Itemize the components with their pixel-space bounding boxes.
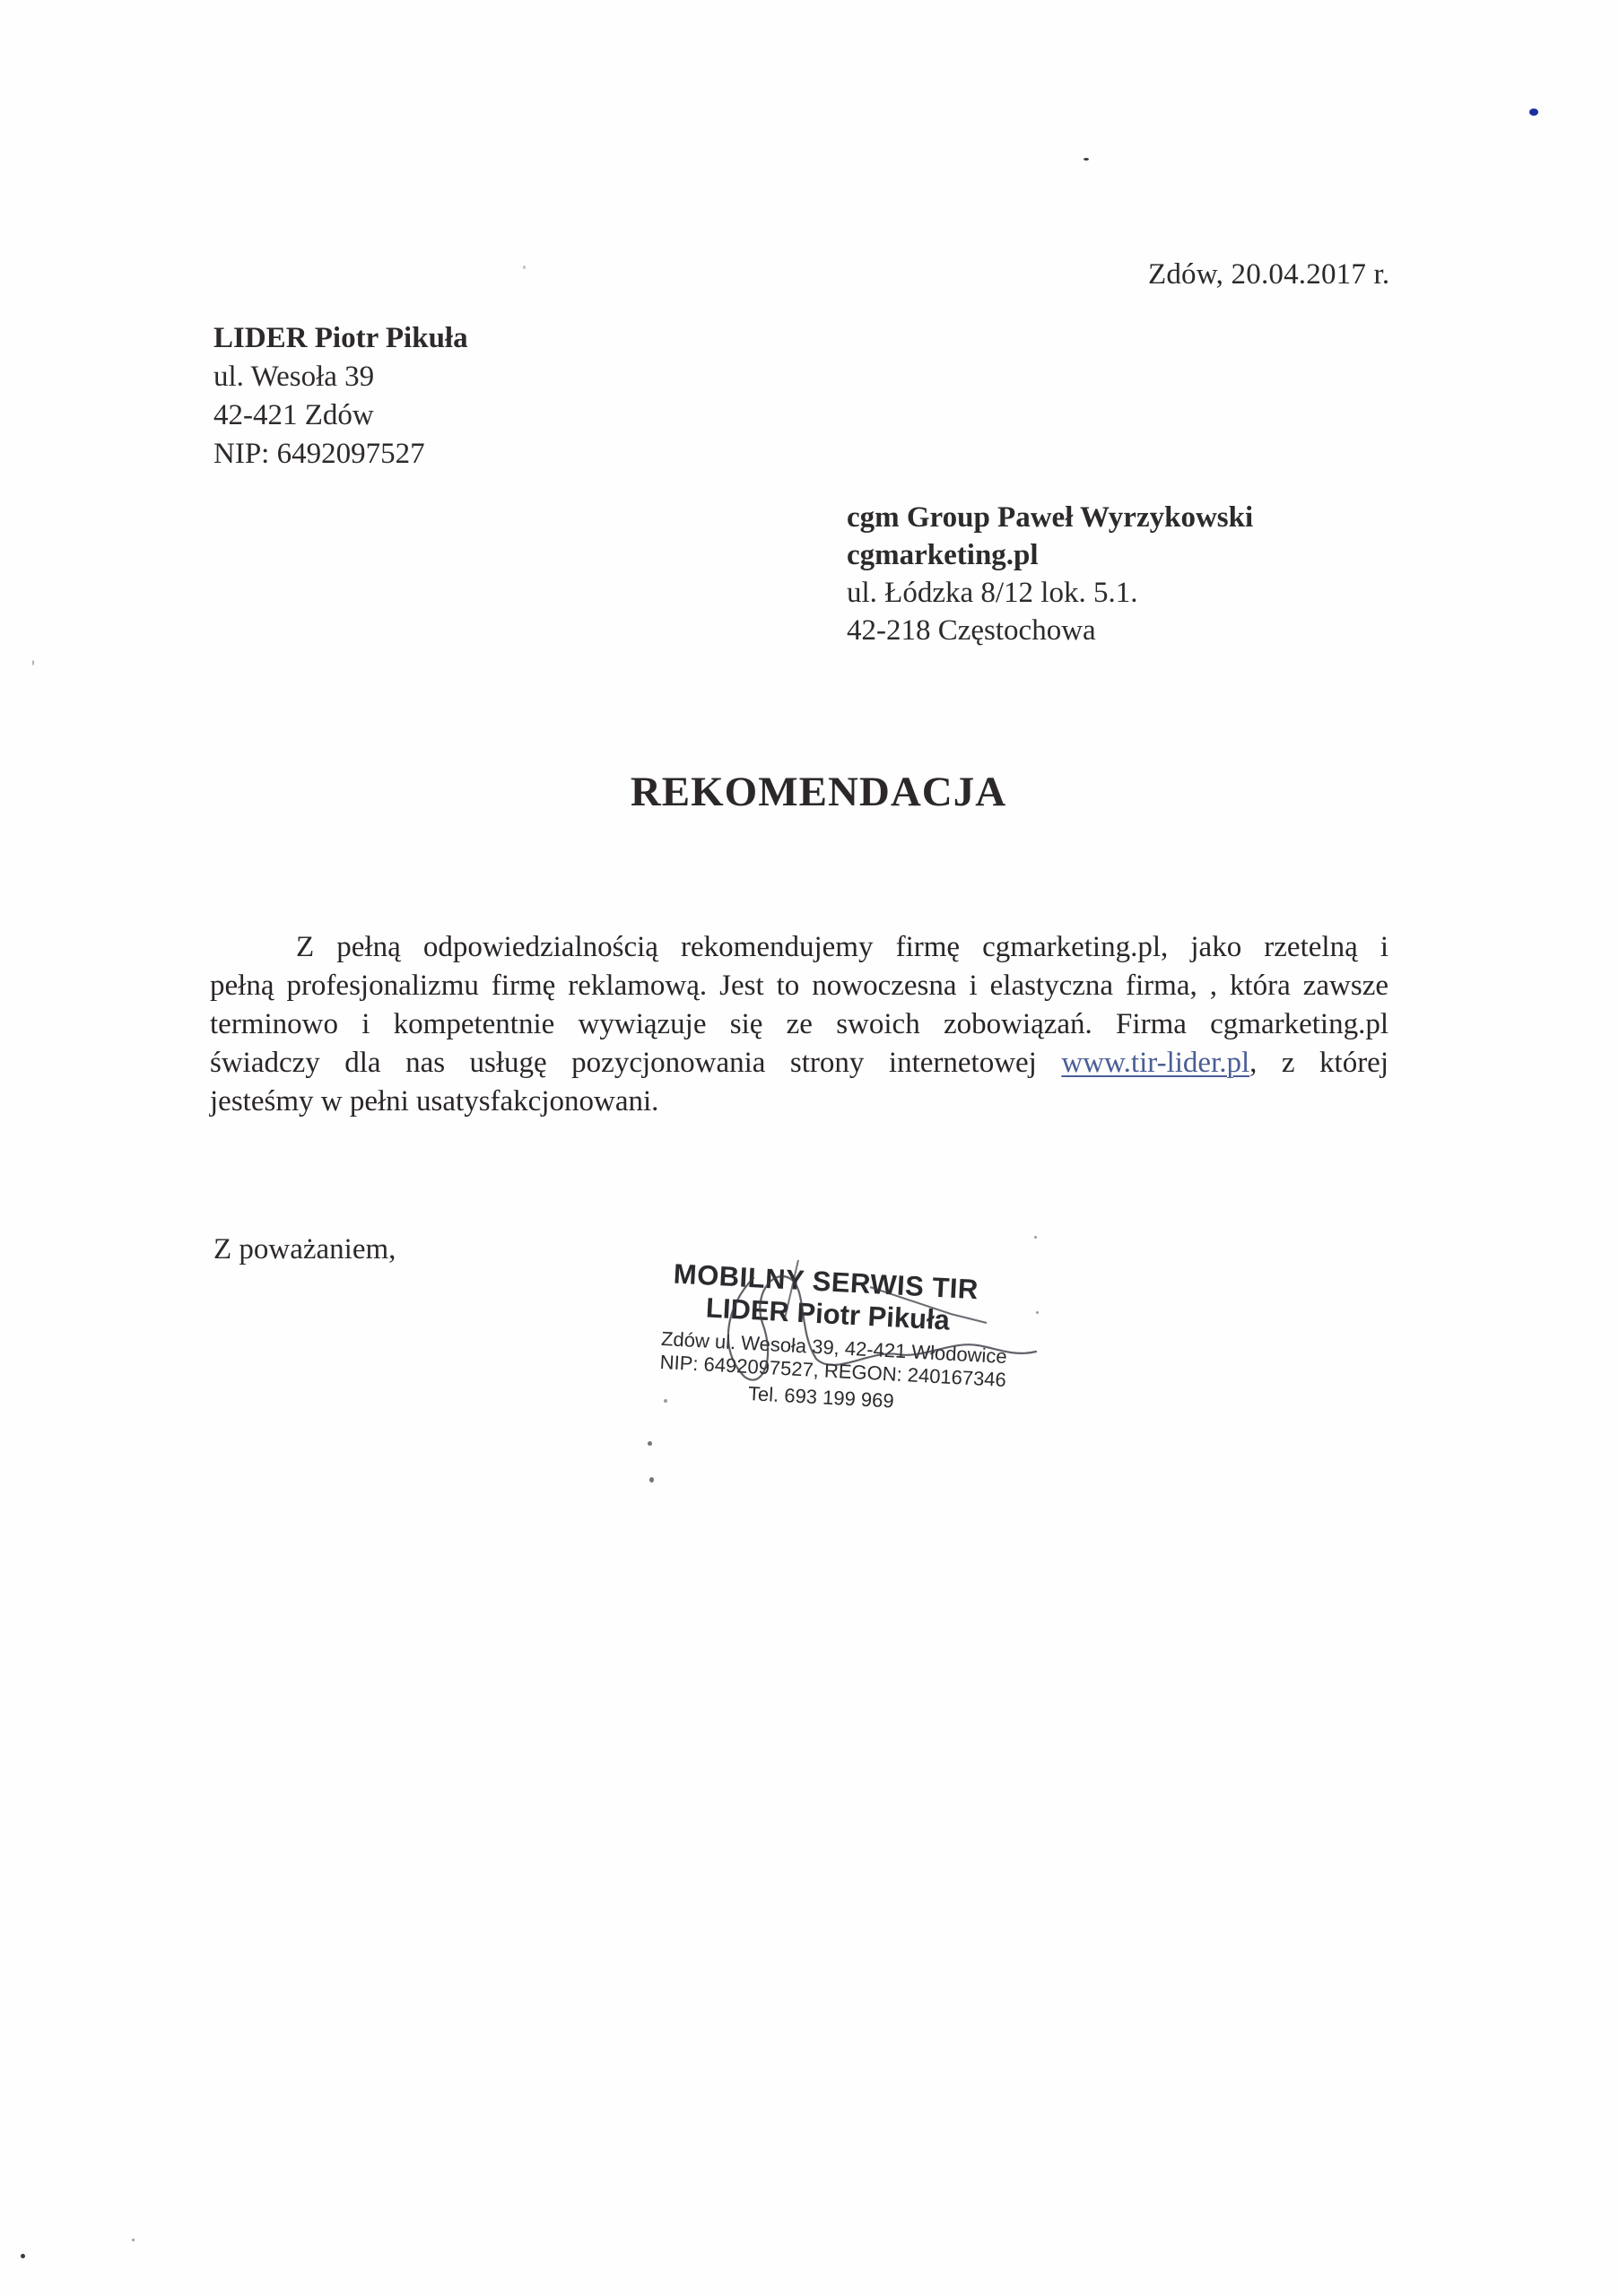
scanned-letter-page: Zdów, 20.04.2017 r. LIDER Piotr Pikuła u… (0, 0, 1619, 2296)
scan-speck (132, 2239, 135, 2241)
sender-postal-city: 42-421 Zdów (213, 396, 468, 435)
body-line-1: Z pełną odpowiedzialnością rekomendujemy… (210, 928, 1388, 967)
recipient-postal-city: 42-218 Częstochowa (847, 612, 1253, 649)
document-title: REKOMENDACJA (0, 768, 1619, 816)
scan-speck (1036, 1311, 1039, 1314)
sender-address-block: LIDER Piotr Pikuła ul. Wesoła 39 42-421 … (213, 319, 468, 474)
body-line-3: terminowo i kompetentnie wywiązuje się z… (210, 1005, 1388, 1044)
body-line-4-tail: , z której (1249, 1047, 1388, 1079)
sender-nip: NIP: 6492097527 (213, 435, 468, 474)
website-link[interactable]: www.tir-lider.pl (1061, 1047, 1249, 1079)
letter-body: Z pełną odpowiedzialnością rekomendujemy… (210, 928, 1388, 1121)
body-line-5: jesteśmy w pełni usatysfakcjonowani. (210, 1083, 1388, 1121)
letter-date: Zdów, 20.04.2017 r. (1148, 258, 1389, 291)
body-line-4-text: świadczy dla nas usługę pozycjonowania s… (210, 1047, 1037, 1079)
body-line-4: świadczy dla nas usługę pozycjonowania s… (210, 1044, 1388, 1083)
scan-speck (1084, 158, 1089, 161)
recipient-address-block: cgm Group Paweł Wyrzykowski cgmarketing.… (847, 499, 1253, 649)
scan-speck (664, 1399, 667, 1403)
body-line-2: pełną profesjonalizmu firmę reklamową. J… (210, 967, 1388, 1005)
closing-salutation: Z poważaniem, (213, 1233, 396, 1266)
scan-speck (648, 1441, 652, 1446)
sender-street: ul. Wesoła 39 (213, 358, 468, 396)
scan-speck (1034, 1236, 1037, 1239)
recipient-website: cgmarketing.pl (847, 536, 1253, 574)
ink-dot (1529, 109, 1538, 116)
recipient-street: ul. Łódzka 8/12 lok. 5.1. (847, 574, 1253, 612)
sender-name: LIDER Piotr Pikuła (213, 319, 468, 358)
scan-speck (32, 660, 34, 665)
scan-speck (523, 265, 526, 269)
stamp-line-5: Tel. 693 199 969 (747, 1382, 894, 1413)
recipient-name: cgm Group Paweł Wyrzykowski (847, 499, 1253, 536)
scan-speck (649, 1477, 654, 1483)
scan-speck (21, 2254, 25, 2258)
company-stamp: MOBILNY SERWIS TIR LIDER Piotr Pikuła Zd… (657, 1256, 1060, 1438)
body-line-1-text: Z pełną odpowiedzialnością rekomendujemy… (296, 931, 1388, 963)
